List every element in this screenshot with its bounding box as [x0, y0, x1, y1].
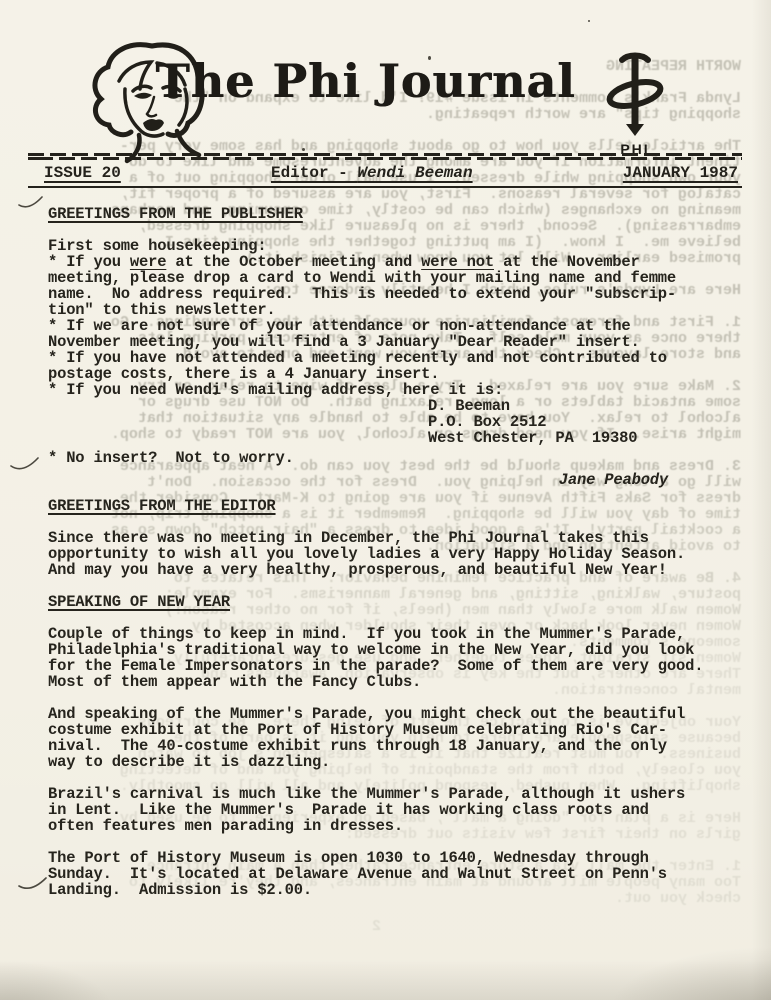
mailing-address: D. Beeman P.O. Box 2512 West Chester, PA…: [48, 398, 740, 446]
dashed-divider: [28, 153, 742, 156]
publisher-intro: First some housekeeping:: [48, 238, 740, 254]
bleed-through-page-number: 2: [372, 918, 381, 935]
issue-date: JANUARY 1987: [623, 163, 738, 183]
new-year-heading: SPEAKING OF NEW YEAR: [48, 594, 740, 610]
issue-line: ISSUE 20 Editor - Wendi Beeman JANUARY 1…: [28, 160, 742, 188]
signature: Jane Peabody: [48, 472, 740, 488]
publisher-heading: GREETINGS FROM THE PUBLISHER: [48, 206, 740, 222]
editor-paragraph: Since there was no meeting in December, …: [48, 530, 740, 578]
publisher-bullet-3: * If you have not attended a meeting rec…: [48, 350, 740, 382]
new-year-paragraph-4: The Port of History Museum is open 1030 …: [48, 850, 740, 898]
newsletter-page: WORTH REPEATING Lynda Frank's comments i…: [0, 0, 771, 1000]
publisher-bullet-1: * If you were at the October meeting and…: [48, 254, 740, 318]
publisher-bullet-5: * No insert? Not to worry.: [48, 450, 740, 466]
masthead-rule: ISSUE 20 Editor - Wendi Beeman JANUARY 1…: [28, 153, 742, 188]
newsletter-body: GREETINGS FROM THE PUBLISHER First some …: [48, 206, 740, 914]
phi-logo: PHI: [601, 48, 669, 157]
new-year-paragraph-3: Brazil's carnival is much like the Mumme…: [48, 786, 740, 834]
issue-number: ISSUE 20: [44, 163, 121, 183]
phi-symbol-icon: [601, 48, 669, 140]
pen-mark: [8, 452, 42, 474]
editor-heading: GREETINGS FROM THE EDITOR: [48, 498, 740, 514]
publisher-bullet-2: * If we are not sure of your attendance …: [48, 318, 740, 350]
pen-mark: [16, 872, 50, 894]
editor-credit: Editor - Wendi Beeman: [271, 163, 473, 183]
editor-name: Wendi Beeman: [357, 164, 472, 182]
new-year-paragraph-2: And speaking of the Mummer's Parade, you…: [48, 706, 740, 770]
publisher-bullet-4: * If you need Wendi's mailing address, h…: [48, 382, 740, 398]
new-year-paragraph-1: Couple of things to keep in mind. If you…: [48, 626, 740, 690]
